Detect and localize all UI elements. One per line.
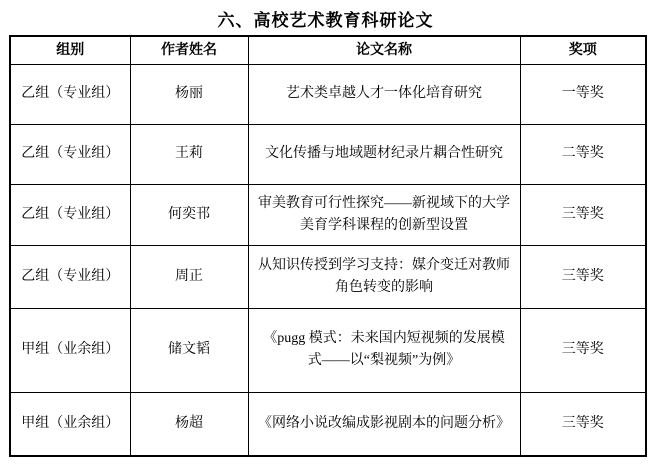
cell-author: 王莉 xyxy=(130,124,248,184)
cell-group: 乙组（专业组） xyxy=(10,245,130,308)
cell-group: 乙组（专业组） xyxy=(10,124,130,184)
cell-group: 乙组（专业组） xyxy=(10,64,130,124)
cell-award: 三等奖 xyxy=(520,245,646,308)
document-page: 六、高校艺术教育科研论文 组别 作者姓名 论文名称 奖项 乙组（专业组） 杨丽 … xyxy=(0,0,651,464)
header-group: 组别 xyxy=(10,36,130,64)
cell-paper: 《pugg 模式：未来国内短视频的发展模式——以“梨视频”为例》 xyxy=(248,308,520,392)
cell-author: 杨丽 xyxy=(130,64,248,124)
table-row: 甲组（业余组） 杨超 《网络小说改编成影视剧本的问题分析》 三等奖 xyxy=(10,392,646,456)
awards-table: 组别 作者姓名 论文名称 奖项 乙组（专业组） 杨丽 艺术类卓越人才一体化培育研… xyxy=(9,35,647,457)
header-award: 奖项 xyxy=(520,36,646,64)
cell-paper: 文化传播与地域题材纪录片耦合性研究 xyxy=(248,124,520,184)
cell-author: 周正 xyxy=(130,245,248,308)
page-title: 六、高校艺术教育科研论文 xyxy=(0,0,651,31)
header-author: 作者姓名 xyxy=(130,36,248,64)
cell-award: 一等奖 xyxy=(520,64,646,124)
table-header-row: 组别 作者姓名 论文名称 奖项 xyxy=(10,36,646,64)
cell-author: 储文韬 xyxy=(130,308,248,392)
cell-author: 杨超 xyxy=(130,392,248,456)
cell-paper: 艺术类卓越人才一体化培育研究 xyxy=(248,64,520,124)
cell-group: 乙组（专业组） xyxy=(10,184,130,245)
cell-paper: 审美教育可行性探究——新视域下的大学美育学科课程的创新型设置 xyxy=(248,184,520,245)
cell-paper: 《网络小说改编成影视剧本的问题分析》 xyxy=(248,392,520,456)
cell-group: 甲组（业余组） xyxy=(10,392,130,456)
cell-author: 何奕邗 xyxy=(130,184,248,245)
cell-award: 三等奖 xyxy=(520,308,646,392)
table-row: 乙组（专业组） 何奕邗 审美教育可行性探究——新视域下的大学美育学科课程的创新型… xyxy=(10,184,646,245)
cell-award: 三等奖 xyxy=(520,392,646,456)
table-row: 甲组（业余组） 储文韬 《pugg 模式：未来国内短视频的发展模式——以“梨视频… xyxy=(10,308,646,392)
table-row: 乙组（专业组） 杨丽 艺术类卓越人才一体化培育研究 一等奖 xyxy=(10,64,646,124)
header-paper: 论文名称 xyxy=(248,36,520,64)
cell-award: 二等奖 xyxy=(520,124,646,184)
table-row: 乙组（专业组） 周正 从知识传授到学习支持：媒介变迁对教师角色转变的影响 三等奖 xyxy=(10,245,646,308)
cell-award: 三等奖 xyxy=(520,184,646,245)
cell-paper: 从知识传授到学习支持：媒介变迁对教师角色转变的影响 xyxy=(248,245,520,308)
cell-group: 甲组（业余组） xyxy=(10,308,130,392)
table-row: 乙组（专业组） 王莉 文化传播与地域题材纪录片耦合性研究 二等奖 xyxy=(10,124,646,184)
